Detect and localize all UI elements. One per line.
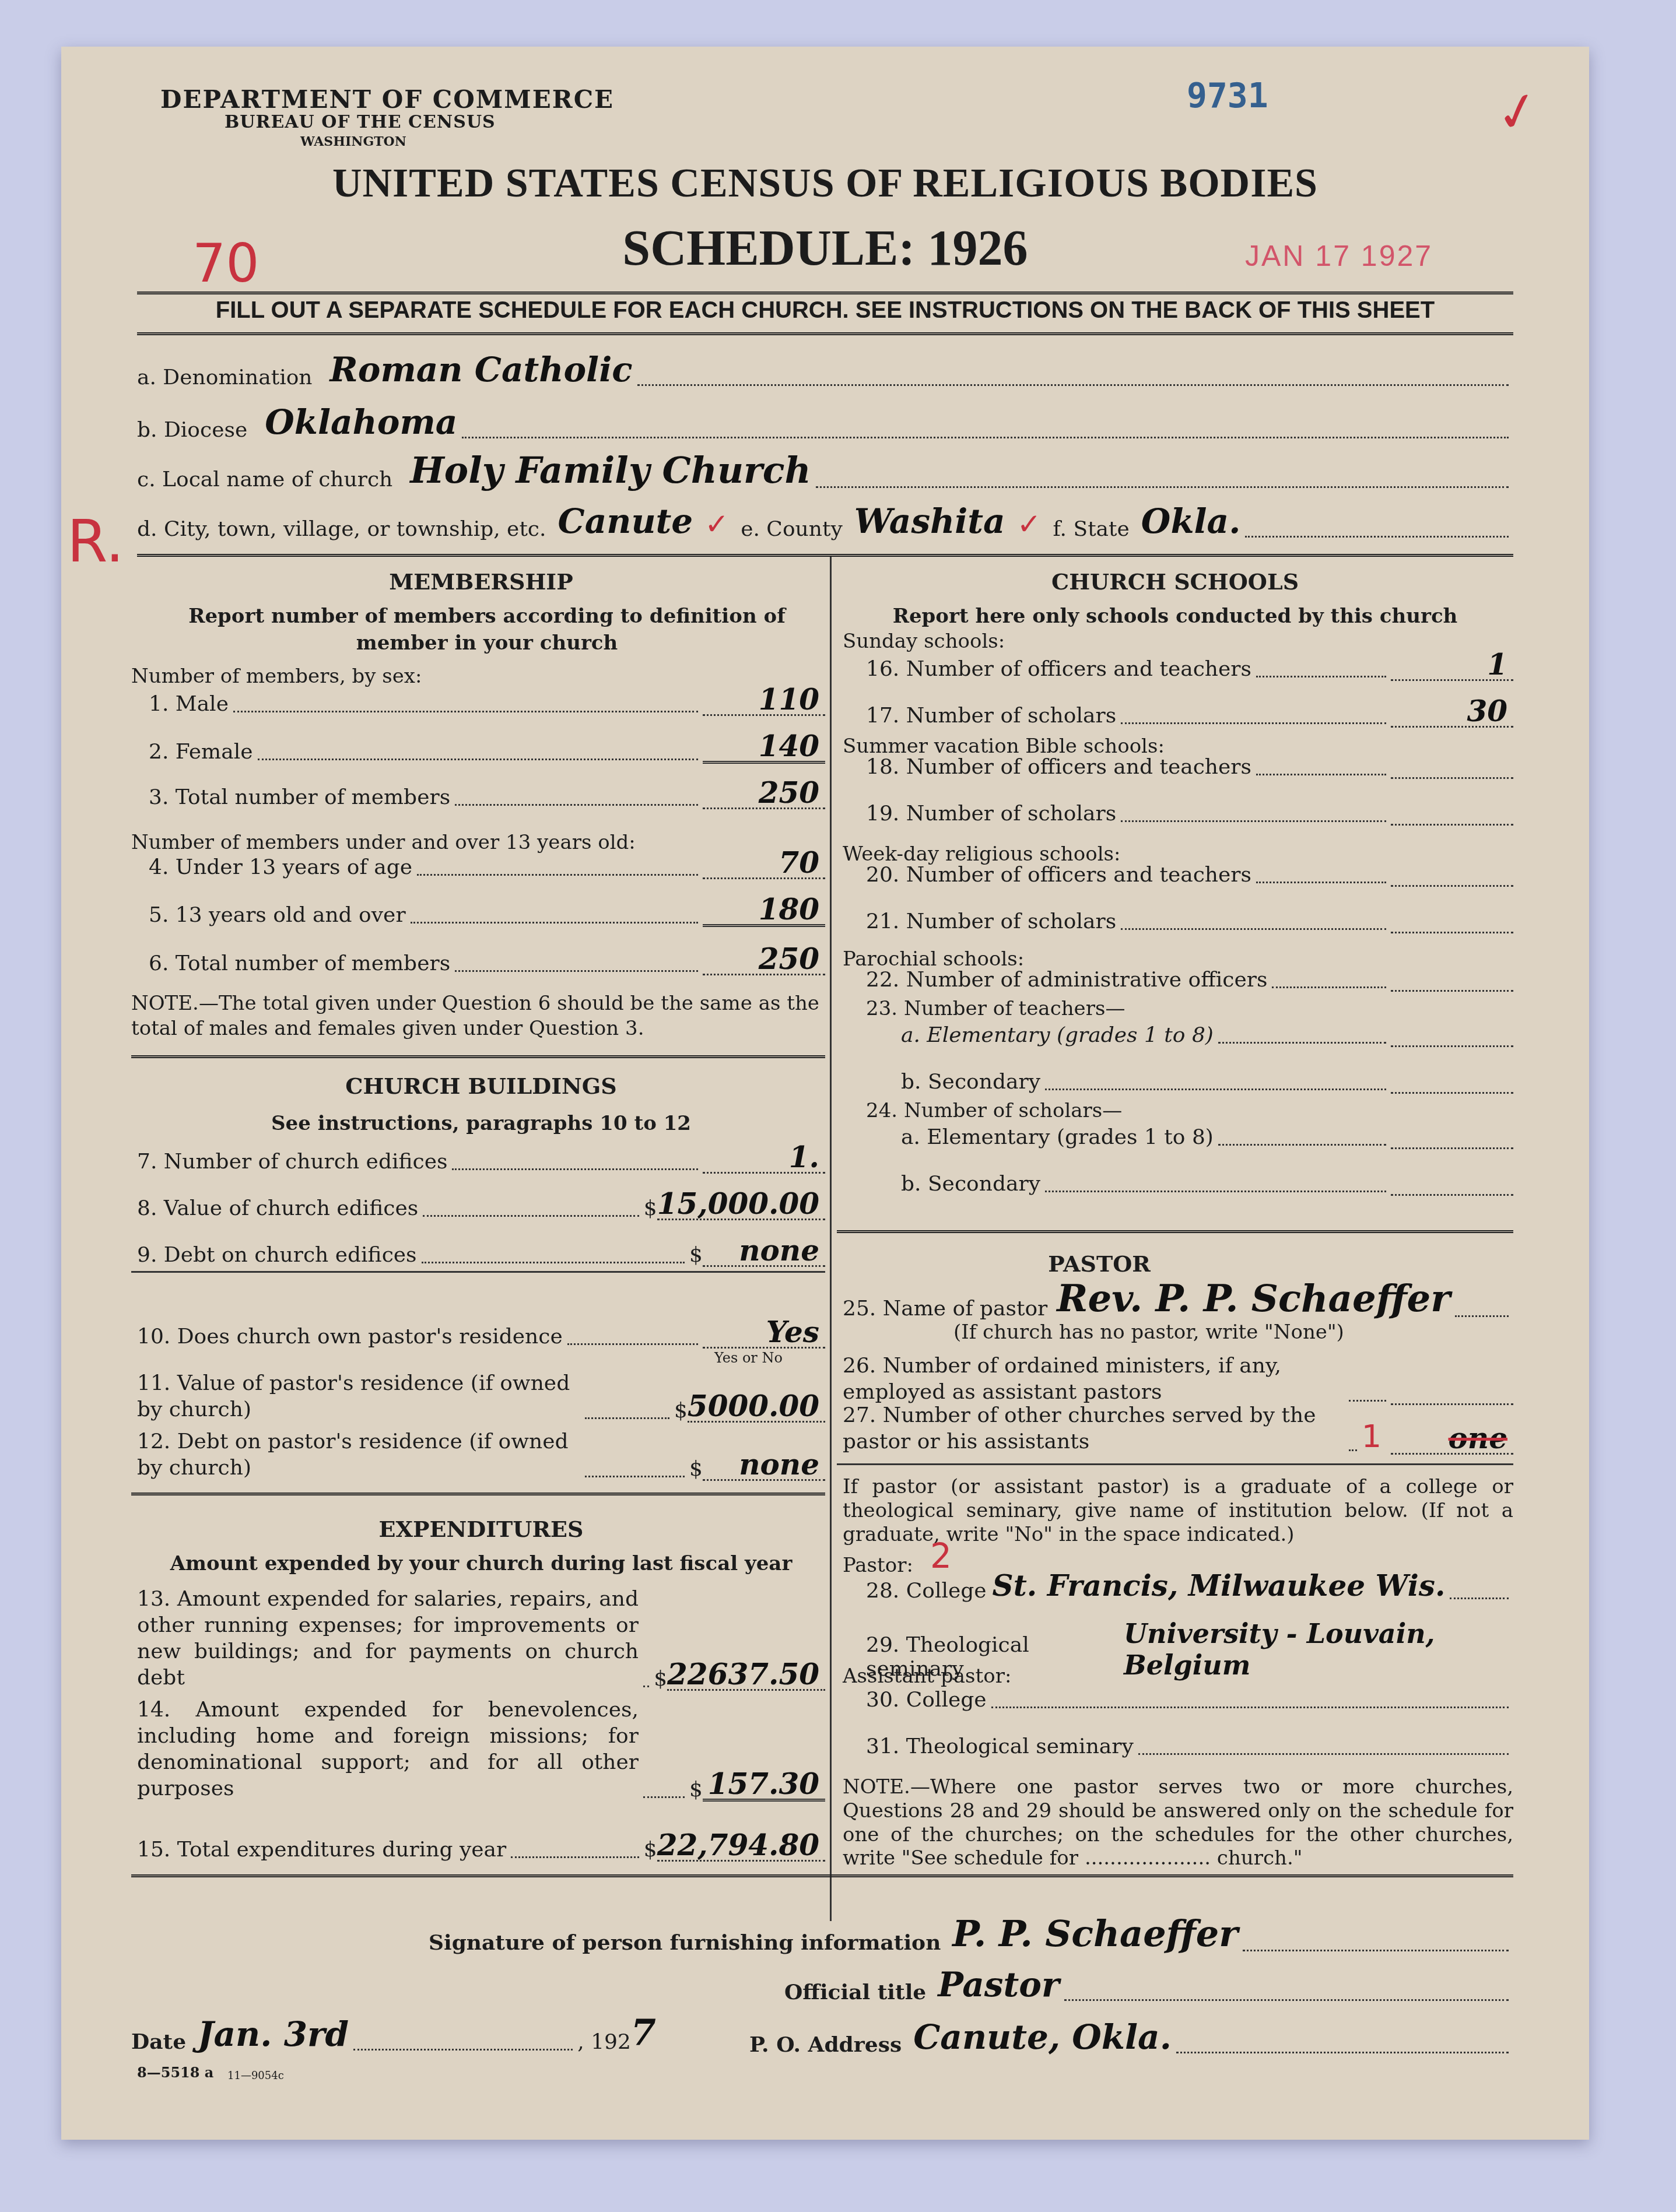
official-title-field[interactable]: Pastor [938,1965,1059,2004]
female-row: 2. Female 140 [149,732,825,764]
parochial-schools-label: Parochial schools: [843,947,1024,971]
q27-row: 27. Number of other churches served by t… [843,1402,1513,1455]
q24b-row: b. Secondary [901,1172,1513,1196]
serial-number-stamp: 9731 [1187,76,1268,115]
male-count-field[interactable]: 110 [703,685,825,716]
male-row: 1. Male 110 [149,685,825,716]
date-field[interactable]: Jan. 3rd [198,2014,349,2054]
q18-row: 18. Number of officers and teachers [866,755,1513,779]
q23a-field[interactable] [1391,1045,1513,1047]
total-members-2-row: 6. Total number of members 250 [149,945,825,975]
divider [131,1271,825,1273]
church-name-field[interactable]: Holy Family Church [410,449,811,491]
college-row: 28. College St. Francis, Milwaukee Wis. [866,1568,1513,1603]
diocese-row: b. Diocese Oklahoma [137,402,1513,442]
pastor-heading: PASTOR [837,1251,1362,1277]
q23-label: 23. Number of teachers— [866,997,1125,1020]
q22-field[interactable] [1391,990,1513,992]
divider [131,1493,825,1495]
q20-field[interactable] [1391,885,1513,887]
expenditures-heading: EXPENDITURES [137,1516,825,1542]
residence-value-field[interactable]: 5000.00 [688,1392,825,1423]
check-mark-icon: ✓ [704,507,729,541]
denomination-row: a. Denomination Roman Catholic [137,350,1513,389]
received-date-stamp: JAN 17 1927 [1245,239,1433,273]
church-schools-subtitle: Report here only schools conducted by th… [837,603,1513,630]
column-divider [830,557,832,1921]
margin-letter-annotation: R. [67,507,124,575]
census-schedule-sheet: DEPARTMENT OF COMMERCE BUREAU OF THE CEN… [61,47,1589,2140]
margin-number-annotation: 70 [192,233,260,294]
church-name-row: c. Local name of church Holy Family Chur… [137,449,1513,491]
county-field[interactable]: Washita [854,501,1005,541]
church-schools-heading: CHURCH SCHOOLS [837,568,1513,595]
over-13-row: 5. 13 years old and over 180 [149,895,825,927]
over-13-field[interactable]: 180 [703,895,825,927]
q16-row: 16. Number of officers and teachers 1 [866,650,1513,681]
location-heading: WASHINGTON [300,134,406,149]
asst-seminary-row: 31. Theological seminary [866,1735,1513,1758]
total-expenditures-row: 15. Total expenditures during year $ 22,… [137,1831,825,1862]
female-count-field[interactable]: 140 [703,732,825,764]
under-13-row: 4. Under 13 years of age 70 [149,848,825,879]
edifice-debt-row: 9. Debt on church edifices $ none [137,1236,825,1267]
q20-row: 20. Number of officers and teachers [866,863,1513,887]
denomination-field[interactable]: Roman Catholic [330,350,633,389]
signature-field[interactable]: P. P. Schaeffer [952,1912,1238,1955]
pastor-name-field[interactable]: Rev. P. P. Schaeffer [1057,1277,1450,1321]
q26-row: 26. Number of ordained ministers, if any… [843,1353,1513,1405]
expenditures-subtitle: Amount expended by your church during la… [137,1551,825,1578]
address-field[interactable]: Canute, Okla. [913,2017,1172,2057]
running-expenses-field[interactable]: 22637.50 [667,1660,825,1691]
q21-field[interactable] [1391,932,1513,933]
running-expenses-row: 13. Amount expended for salaries, repair… [137,1586,825,1691]
q22-row: 22. Number of administrative officers [866,968,1513,992]
seminary-field[interactable]: University - Louvain, Belgium [1124,1618,1545,1681]
residence-value-row: 11. Value of pastor's residence (if owne… [137,1370,825,1423]
q17-field[interactable]: 30 [1391,697,1513,728]
divider [837,1463,1513,1465]
q24-label: 24. Number of scholars— [866,1099,1122,1122]
membership-heading: MEMBERSHIP [137,568,825,595]
edifice-count-row: 7. Number of church edifices 1. [137,1143,825,1174]
edifice-debt-field[interactable]: none [703,1236,825,1267]
q27-correction: 1 [1362,1418,1382,1455]
q17-row: 17. Number of scholars 30 [866,697,1513,728]
church-buildings-heading: CHURCH BUILDINGS [137,1073,825,1099]
q19-row: 19. Number of scholars [866,802,1513,826]
weekday-schools-label: Week-day religious schools: [843,842,1120,866]
total-members-2-field[interactable]: 250 [703,945,825,975]
sunday-schools-label: Sunday schools: [843,630,1005,653]
church-buildings-subtitle: See instructions, paragraphs 10 to 12 [137,1111,825,1137]
department-heading: DEPARTMENT OF COMMERCE [160,85,614,114]
benevolences-row: 14. Amount expended for benevolences, in… [137,1697,825,1802]
owns-residence-field[interactable]: Yes [703,1318,825,1349]
divider [131,1055,825,1058]
asst-college-row: 30. College [866,1688,1513,1712]
total-members-field[interactable]: 250 [703,778,825,809]
membership-note: NOTE.—The total given under Question 6 s… [131,991,819,1041]
q23a-row: a. Elementary (grades 1 to 8) [901,1023,1513,1047]
yes-no-hint: Yes or No [714,1350,783,1366]
q19-field[interactable] [1391,824,1513,826]
divider [137,332,1513,335]
official-title-row: Official title Pastor [784,1965,1513,2004]
residence-debt-row: 12. Debt on pastor's residence (if owned… [137,1428,825,1481]
q23b-row: b. Secondary [901,1070,1513,1094]
check-mark-icon: ✓ [1490,78,1546,146]
bureau-heading: BUREAU OF THE CENSUS [225,112,496,132]
total-members-row: 3. Total number of members 250 [149,778,825,809]
form-number: 8—5518 a [137,2064,213,2081]
under-13-field[interactable]: 70 [703,848,825,879]
divider [131,1874,1513,1877]
check-mark-icon: ✓ [1017,507,1042,541]
q27-field[interactable]: one [1391,1424,1513,1455]
state-field[interactable]: Okla. [1141,501,1241,541]
signature-row: Signature of person furnishing informati… [429,1912,1513,1955]
residence-debt-field[interactable]: none [703,1450,825,1481]
divider [137,554,1513,557]
date-row: Date Jan. 3rd , 192 7 [131,2011,656,2054]
q23b-field[interactable] [1391,1092,1513,1094]
print-code: 11—9054c [227,2070,284,2082]
instruction-banner: FILL OUT A SEPARATE SCHEDULE FOR EACH CH… [61,297,1589,324]
divider [837,1230,1513,1233]
q18-field[interactable] [1391,777,1513,779]
location-row: d. City, town, village, or township, etc… [137,501,1513,541]
form-title: UNITED STATES CENSUS OF RELIGIOUS BODIES [61,160,1589,207]
summer-schools-label: Summer vacation Bible schools: [843,735,1165,758]
pastor-note: NOTE.—Where one pastor serves two or mor… [843,1775,1513,1870]
address-row: P. O. Address Canute, Okla. [749,2017,1513,2057]
year-field[interactable]: 7 [631,2011,656,2054]
q24a-row: a. Elementary (grades 1 to 8) [901,1125,1513,1149]
pastor-name-hint: (If church has no pastor, write "None") [953,1321,1344,1344]
pastor-name-row: 25. Name of pastor Rev. P. P. Schaeffer [843,1277,1513,1321]
assistant-pastor-subheading: Assistant pastor: [843,1665,1011,1688]
q24b-field[interactable] [1391,1194,1513,1196]
total-expenditures-field[interactable]: 22,794.80 [657,1831,825,1862]
q21-row: 21. Number of scholars [866,910,1513,933]
q24a-field[interactable] [1391,1147,1513,1149]
edifice-value-row: 8. Value of church edifices $ 15,000.00 [137,1189,825,1220]
edifice-count-field[interactable]: 1. [703,1143,825,1174]
by-sex-label: Number of members, by sex: [131,665,422,688]
college-field[interactable]: St. Francis, Milwaukee Wis. [993,1568,1446,1603]
city-field[interactable]: Canute [558,501,693,541]
owns-residence-row: 10. Does church own pastor's residence Y… [137,1318,825,1349]
benevolences-field[interactable]: 157.30 [703,1769,825,1802]
edifice-value-field[interactable]: 15,000.00 [657,1189,825,1220]
divider [137,292,1513,294]
membership-subtitle: Report number of members according to de… [166,603,808,657]
diocese-field[interactable]: Oklahoma [265,402,457,442]
q16-field[interactable]: 1 [1391,650,1513,681]
